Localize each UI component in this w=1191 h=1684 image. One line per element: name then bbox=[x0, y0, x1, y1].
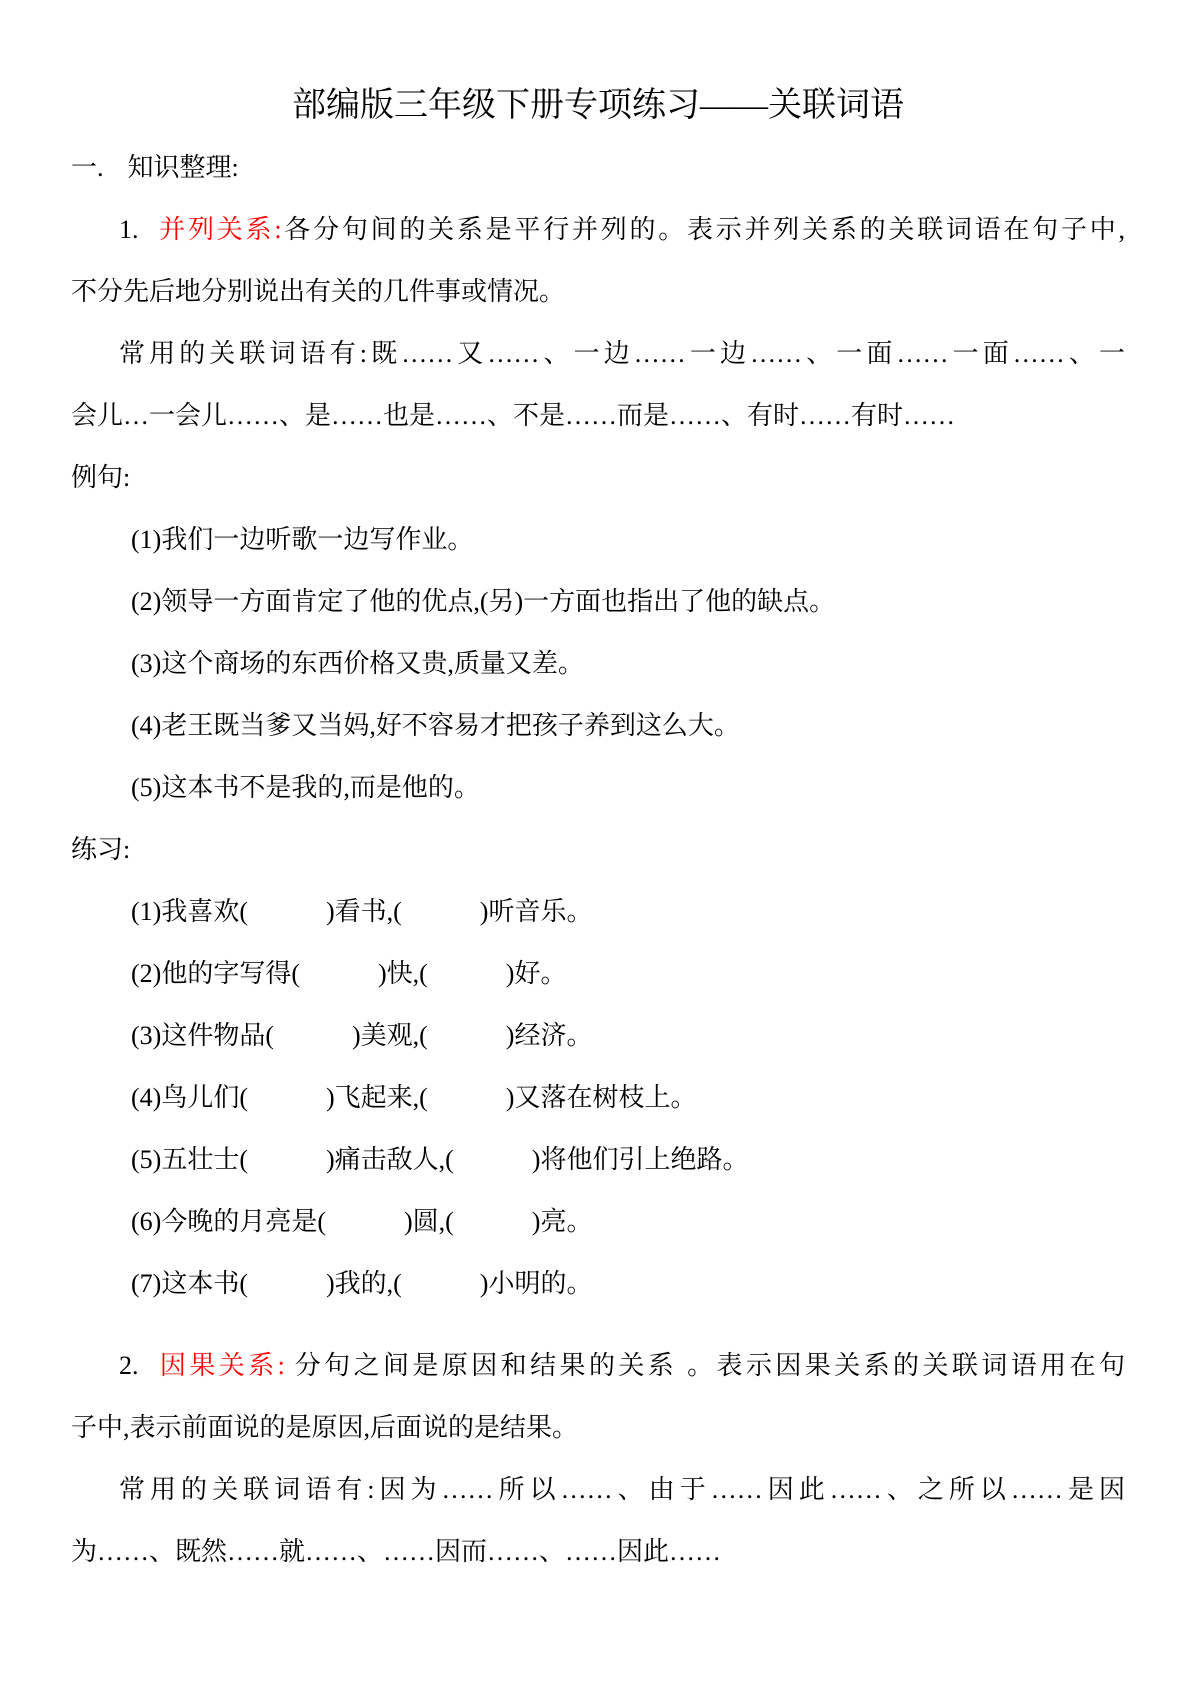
section1-definition-text: 各分句间的关系是平行并列的。表示并列关系的关联词语在句子中, bbox=[282, 215, 1125, 244]
section2-term: 因果关系: bbox=[157, 1351, 285, 1380]
section2-definition-text: 分句之间是原因和结果的关系 。表示因果关系的关联词语用在句 bbox=[285, 1351, 1125, 1380]
section2-number: 2. bbox=[119, 1351, 139, 1380]
examples-label: 例句: bbox=[71, 447, 1125, 509]
outline-number: 一. bbox=[71, 153, 104, 182]
section1-definition-line1: 1.并列关系:各分句间的关系是平行并列的。表示并列关系的关联词语在句子中, bbox=[71, 199, 1125, 261]
section2-definition-line1: 2.因果关系: 分句之间是原因和结果的关系 。表示因果关系的关联词语用在句 bbox=[71, 1335, 1125, 1397]
outline-heading: 一.知识整理: bbox=[71, 137, 1125, 199]
section2-common-words-line1: 常用的关联词语有:因为……所以……、由于……因此……、之所以……是因 bbox=[71, 1459, 1125, 1521]
example-item-5: (5)这本书不是我的,而是他的。 bbox=[71, 757, 1125, 819]
worksheet-page: 部编版三年级下册专项练习——关联词语 一.知识整理: 1.并列关系:各分句间的关… bbox=[0, 0, 1191, 1684]
practice-label: 练习: bbox=[71, 819, 1125, 881]
section1-common-words-line2: 会儿…一会儿……、是……也是……、不是……而是……、有时……有时…… bbox=[71, 385, 1125, 447]
example-item-4: (4)老王既当爹又当妈,好不容易才把孩子养到这么大。 bbox=[71, 695, 1125, 757]
example-item-2: (2)领导一方面肯定了他的优点,(另)一方面也指出了他的缺点。 bbox=[71, 571, 1125, 633]
practice-item-7: (7)这本书( )我的,( )小明的。 bbox=[71, 1253, 1125, 1315]
example-item-3: (3)这个商场的东西价格又贵,质量又差。 bbox=[71, 633, 1125, 695]
section1-term: 并列关系: bbox=[157, 215, 282, 244]
section1-number: 1. bbox=[119, 215, 139, 244]
section1-common-words-line1: 常用的关联词语有:既……又……、一边……一边……、一面……一面……、一 bbox=[71, 323, 1125, 385]
practice-item-4: (4)鸟儿们( )飞起来,( )又落在树枝上。 bbox=[71, 1067, 1125, 1129]
section2-common-words-line2: 为……、既然……就……、……因而……、……因此…… bbox=[71, 1521, 1125, 1583]
document-title: 部编版三年级下册专项练习——关联词语 bbox=[71, 75, 1125, 137]
practice-item-1: (1)我喜欢( )看书,( )听音乐。 bbox=[71, 881, 1125, 943]
outline-label: 知识整理: bbox=[128, 153, 239, 182]
practice-item-5: (5)五壮士( )痛击敌人,( )将他们引上绝路。 bbox=[71, 1129, 1125, 1191]
practice-item-6: (6)今晚的月亮是( )圆,( )亮。 bbox=[71, 1191, 1125, 1253]
practice-item-3: (3)这件物品( )美观,( )经济。 bbox=[71, 1005, 1125, 1067]
section1-definition-line2: 不分先后地分别说出有关的几件事或情况。 bbox=[71, 261, 1125, 323]
example-item-1: (1)我们一边听歌一边写作业。 bbox=[71, 509, 1125, 571]
practice-item-2: (2)他的字写得( )快,( )好。 bbox=[71, 943, 1125, 1005]
section2-definition-line2: 子中,表示前面说的是原因,后面说的是结果。 bbox=[71, 1397, 1125, 1459]
